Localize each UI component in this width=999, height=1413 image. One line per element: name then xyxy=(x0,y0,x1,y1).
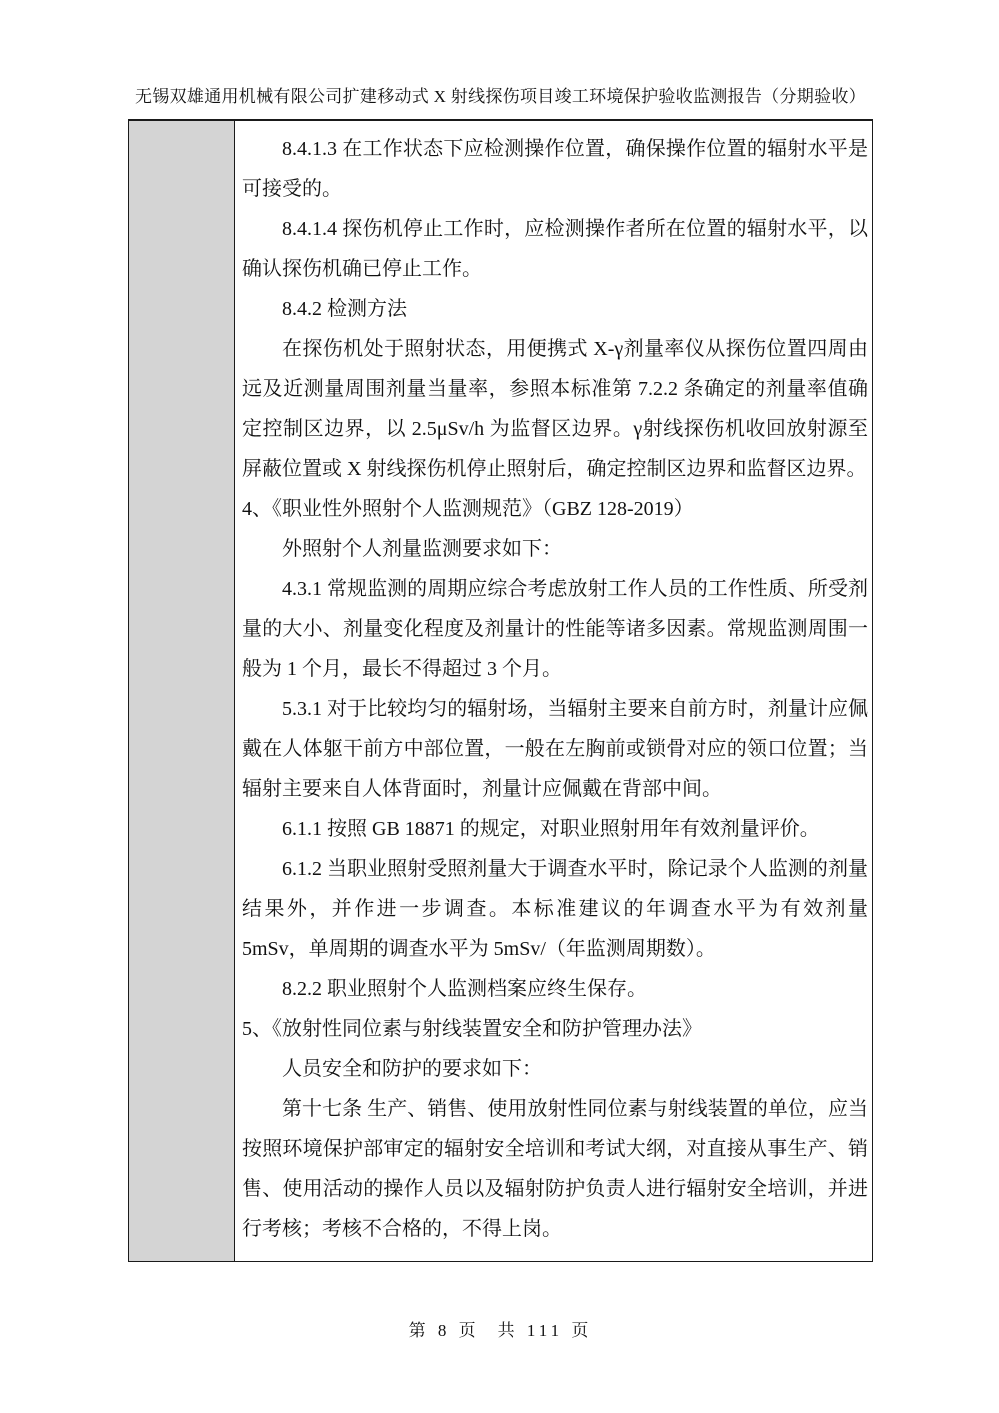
paragraph: 4.3.1 常规监测的周期应综合考虑放射工作人员的工作性质、所受剂量的大小、剂量… xyxy=(242,569,868,689)
paragraph: 人员安全和防护的要求如下： xyxy=(242,1049,868,1089)
paragraph: 4、《职业性外照射个人监测规范》（GBZ 128-2019） xyxy=(242,489,868,529)
table-text-cell: 8.4.1.3 在工作状态下应检测操作位置，确保操作位置的辐射水平是可接受的。8… xyxy=(235,121,872,1261)
paragraph: 5.3.1 对于比较均匀的辐射场，当辐射主要来自前方时，剂量计应佩戴在人体躯干前… xyxy=(242,689,868,809)
paragraph: 8.4.2 检测方法 xyxy=(242,289,868,329)
paragraph: 8.4.1.3 在工作状态下应检测操作位置，确保操作位置的辐射水平是可接受的。 xyxy=(242,129,868,209)
paragraph: 在探伤机处于照射状态，用便携式 X-γ剂量率仪从探伤位置四周由远及近测量周围剂量… xyxy=(242,329,868,489)
page-number-current: 第 8 页 xyxy=(409,1321,480,1340)
paragraph: 6.1.1 按照 GB 18871 的规定，对职业照射用年有效剂量评价。 xyxy=(242,809,868,849)
document-table: 8.4.1.3 在工作状态下应检测操作位置，确保操作位置的辐射水平是可接受的。8… xyxy=(128,121,873,1262)
report-header-title: 无锡双雄通用机械有限公司扩建移动式 X 射线探伤项目竣工环境保护验收监测报告（分… xyxy=(128,84,873,121)
document-page: 无锡双雄通用机械有限公司扩建移动式 X 射线探伤项目竣工环境保护验收监测报告（分… xyxy=(128,0,873,1341)
page-footer: 第 8 页共 111 页 xyxy=(128,1316,873,1341)
table-label-cell xyxy=(129,121,235,1261)
paragraph: 6.1.2 当职业照射受照剂量大于调查水平时，除记录个人监测的剂量结果外，并作进… xyxy=(242,849,868,969)
page-number-total: 共 111 页 xyxy=(498,1321,593,1340)
paragraph: 外照射个人剂量监测要求如下： xyxy=(242,529,868,569)
paragraph: 第十七条 生产、销售、使用放射性同位素与射线装置的单位，应当按照环境保护部审定的… xyxy=(242,1089,868,1249)
paragraph: 5、《放射性同位素与射线装置安全和防护管理办法》 xyxy=(242,1009,868,1049)
paragraph: 8.2.2 职业照射个人监测档案应终生保存。 xyxy=(242,969,868,1009)
paragraph: 8.4.1.4 探伤机停止工作时，应检测操作者所在位置的辐射水平，以确认探伤机确… xyxy=(242,209,868,289)
